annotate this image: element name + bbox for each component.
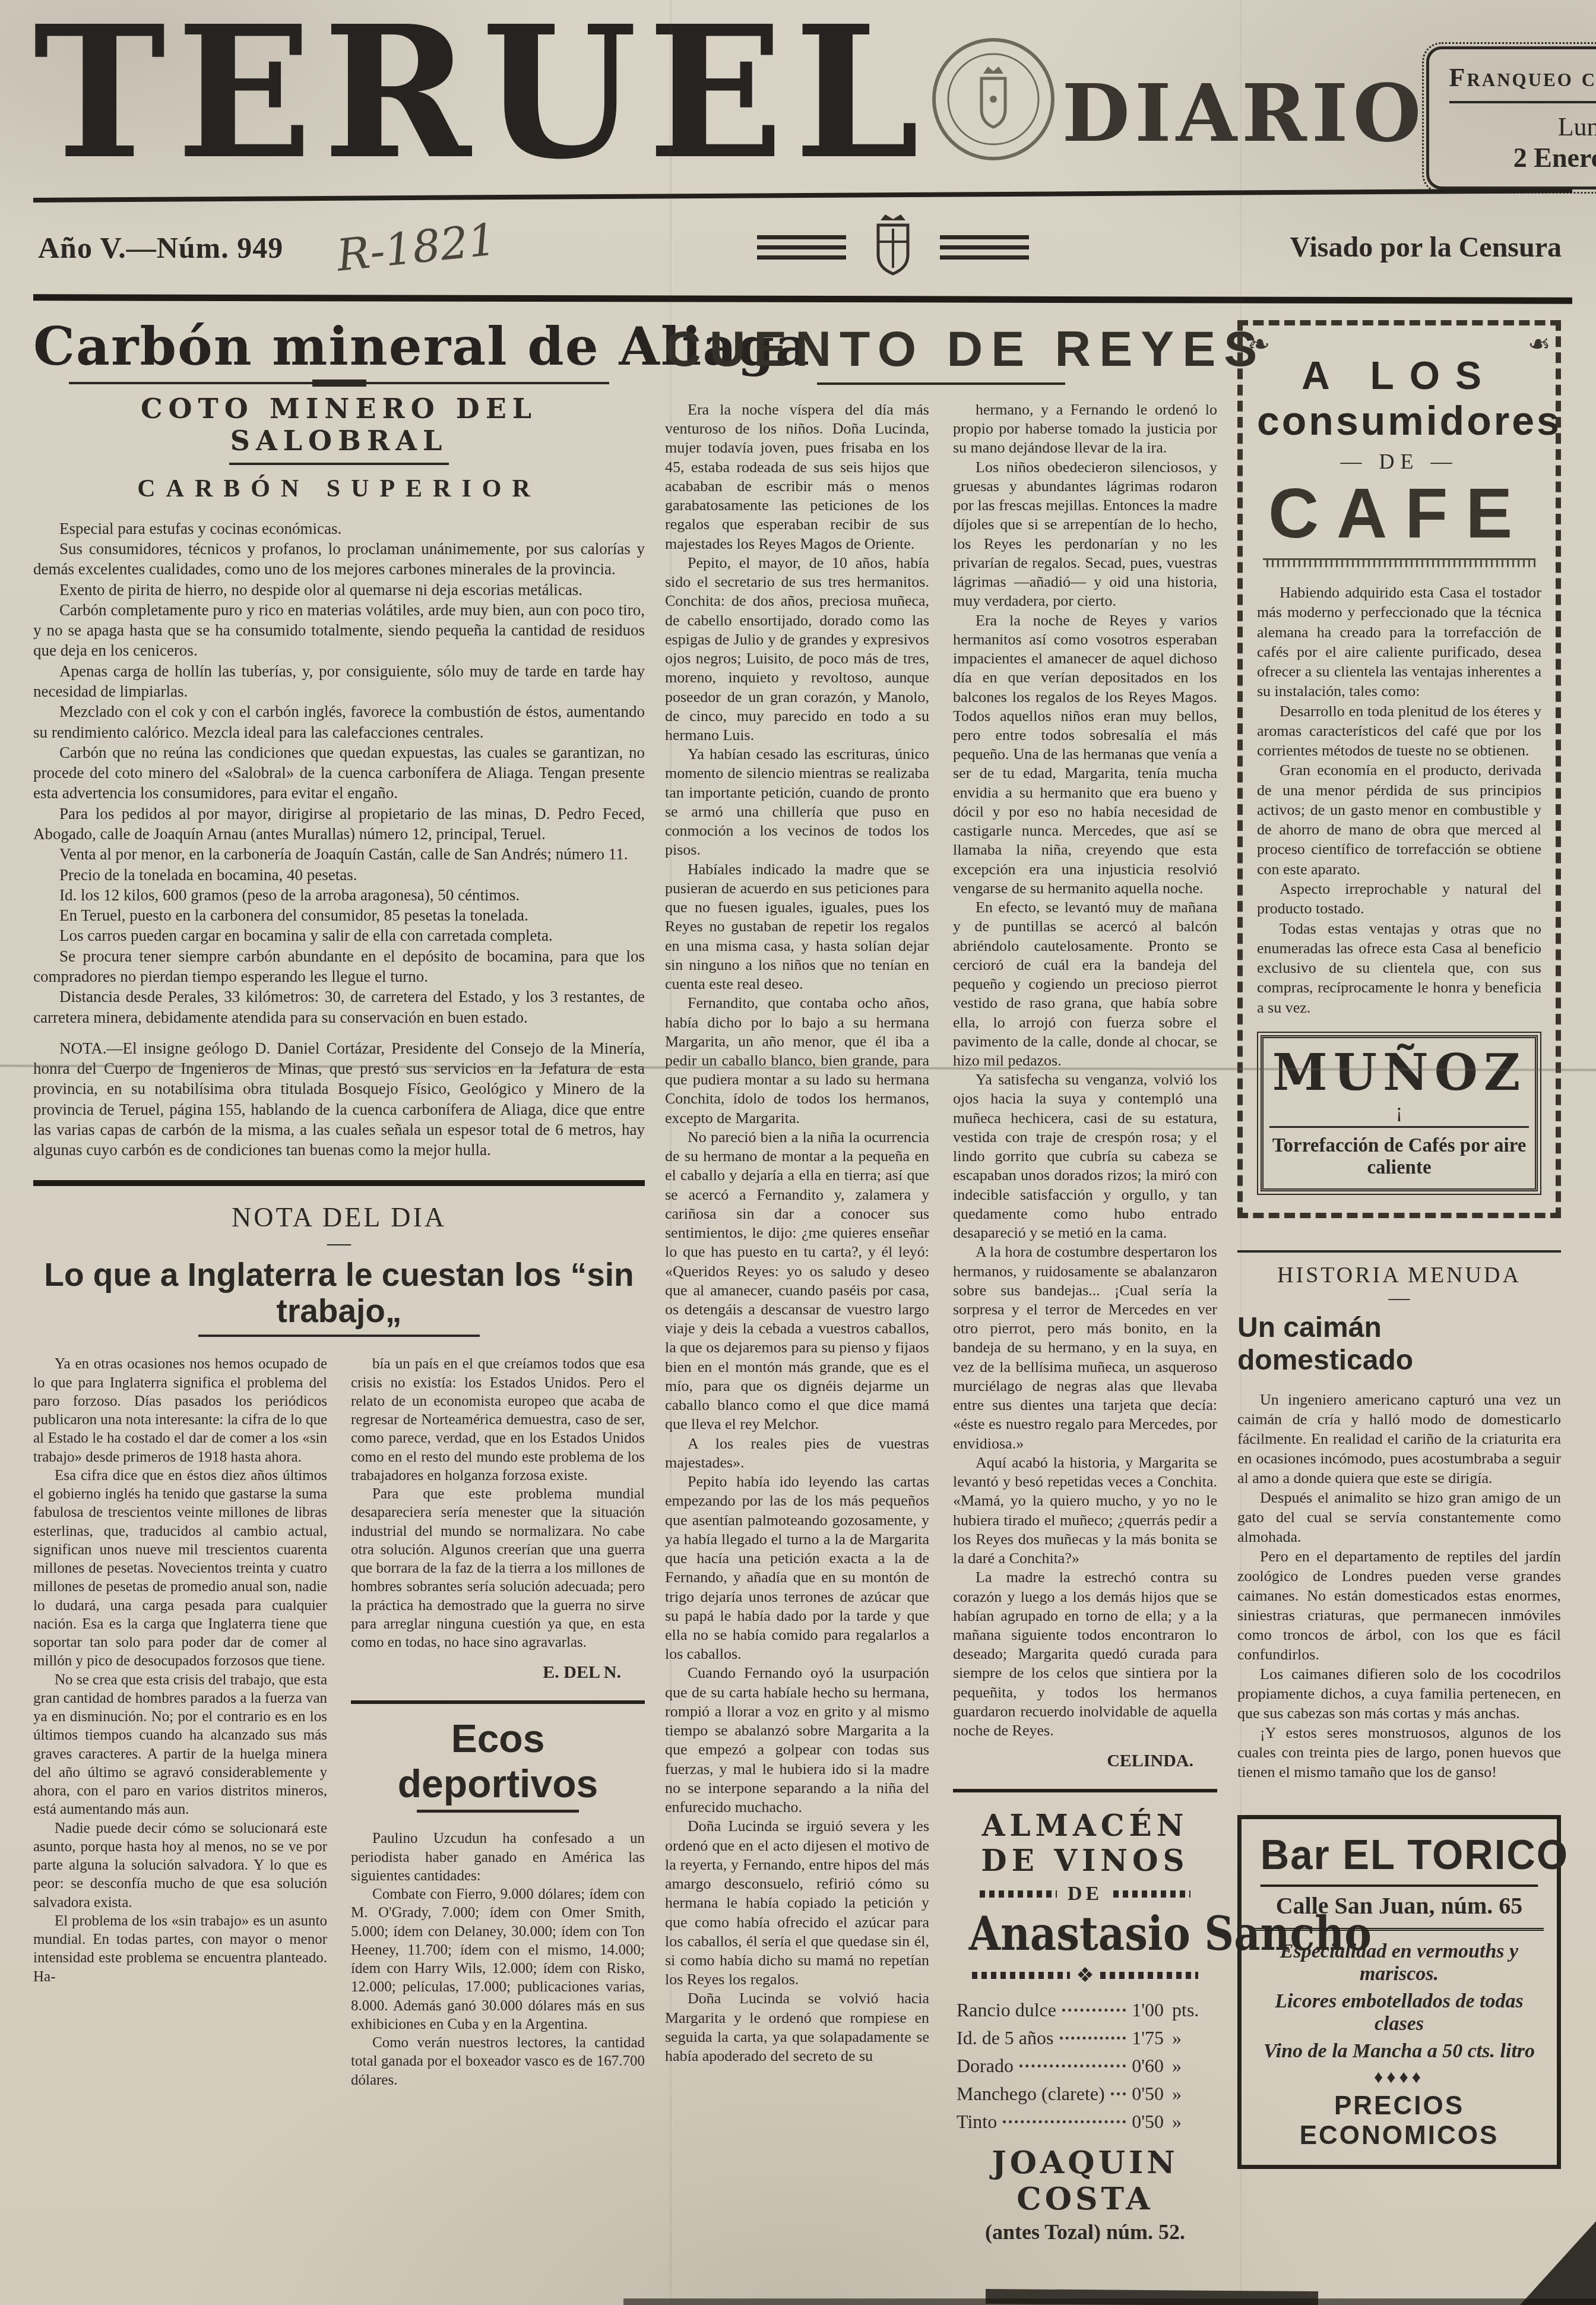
paragraph: Los caimanes difieren solo de los cocodr…	[1237, 1664, 1561, 1723]
paragraph: Era la noche de Reyes y varios hermanito…	[953, 611, 1217, 899]
paragraph: El problema de los «sin trabajo» es un a…	[33, 1912, 327, 1986]
paragraph: Después el animalito se hizo gran amigo …	[1237, 1488, 1561, 1547]
franqueo-stamp: Franqueo concertado Lunes 2 Enero 1928	[1426, 46, 1596, 189]
ad-street-detail: (antes Tozal) núm. 52.	[953, 2219, 1217, 2244]
nota-column-2: bía un país en el que creíamos todos que…	[351, 1355, 645, 2089]
ad-de-label: DE	[1068, 1883, 1103, 1905]
paragraph: Exento de pirita de hierro, no despide o…	[33, 580, 645, 600]
article-title: CUENTO DE REYES	[665, 320, 1217, 378]
paragraph: Habíales indicado la madre que se pusier…	[665, 860, 929, 994]
price-value: 0'50	[1132, 2111, 1164, 2133]
paragraph: Los carros pueden cargar en bocamina y s…	[33, 925, 645, 946]
price-unit: »	[1172, 2111, 1214, 2133]
library-seal-icon	[931, 19, 1056, 182]
triple-rule-icon	[757, 235, 846, 260]
ad-heading: ALMACÉN DE VINOS	[953, 1808, 1217, 1878]
section-divider	[33, 1180, 645, 1186]
corner-ornament-icon: ❧	[1528, 328, 1551, 360]
middle-column: CUENTO DE REYES Era la noche víspera del…	[665, 320, 1217, 2244]
paragraph: Mezclado con el cok y con el carbón ingl…	[33, 701, 645, 742]
article-cuento-de-reyes: CUENTO DE REYES Era la noche víspera del…	[665, 320, 1217, 2244]
rule	[1237, 1250, 1561, 1253]
price-label: Id. de 5 años	[957, 2027, 1054, 2049]
paragraph: Doña Lucinda se irguió severa y les orde…	[665, 1817, 929, 1989]
ad-title-line: CAFE	[1257, 479, 1541, 549]
dash-ornament: —	[1237, 1289, 1561, 1307]
paragraph: Sus consumidores, técnicos y profanos, l…	[33, 539, 645, 580]
paragraph: Carbón que no reúna las condiciones que …	[33, 742, 645, 804]
paragraph: Habiendo adquirido esta Casa el tostador…	[1257, 583, 1541, 701]
article-title: Carbón mineral de Aliaga	[33, 320, 645, 374]
paragraph: En Teruel, puesto en la carbonera del co…	[33, 905, 645, 925]
diamond-ornament-icon: ❖	[1076, 1963, 1094, 1987]
cuento-column-2: hermano, y a Fernando le ordenó lo propi…	[953, 400, 1217, 2244]
right-column: ❧ ❧ A LOS consumidores — DE — CAFE Habie…	[1237, 320, 1561, 2169]
paragraph: Apenas carga de hollín las tuberías, y, …	[33, 661, 645, 702]
paragraph: Paulino Uzcudun ha confesado a un period…	[351, 1829, 645, 1885]
price-value: 0'60	[1132, 2055, 1164, 2077]
dash-ornament	[1100, 1972, 1198, 1979]
paragraph: Todas estas ventajas y otras que no enum…	[1257, 919, 1541, 1017]
dash-ornament	[1113, 1890, 1190, 1898]
paragraph: Se procura tener siempre carbón abundant…	[33, 946, 645, 987]
ad-title-line: consumidores	[1257, 398, 1541, 444]
rule	[69, 382, 609, 384]
article-grade: CARBÓN SUPERIOR	[33, 475, 645, 503]
ad-line: Vino de la Mancha a 50 cts. litro	[1255, 2040, 1544, 2063]
paragraph: A los reales pies de vuestras majestades…	[665, 1434, 929, 1472]
paragraph: Id. los 12 kilos, 600 gramos (peso de la…	[33, 885, 645, 905]
paper-crease	[1240, 0, 1242, 2305]
paragraph: Para los pedidos al por mayor, dirigirse…	[33, 804, 645, 845]
merchant-name: MUÑOZ	[1269, 1048, 1529, 1098]
crest-icon	[866, 213, 920, 282]
page-stain	[623, 2298, 1596, 2305]
article-historia-menuda: HISTORIA MENUDA — Un caimán domesticado …	[1237, 1250, 1561, 1782]
dash-ornament	[980, 1890, 1057, 1898]
paragraph: Ya en otras ocasiones nos hemos ocupado …	[33, 1355, 327, 1466]
rule	[229, 463, 449, 465]
price-label: Manchego (clarete)	[957, 2083, 1105, 2105]
article-nota-del-dia: NOTA DEL DIA — Lo que a Inglaterra le cu…	[33, 1201, 645, 2089]
newspaper-subtitle: DIARIO	[1062, 68, 1426, 160]
ad-bar-el-torico: Bar EL TORICO Calle San Juan, núm. 65 Es…	[1237, 1815, 1561, 2169]
corner-ornament-icon: ❧	[1247, 328, 1271, 360]
triple-rule-icon	[940, 235, 1029, 260]
paragraph: Fernandito, que contaba ocho años, había…	[665, 994, 929, 1128]
dotted-leader	[1062, 2008, 1126, 2012]
paragraph: Cuando Fernando oyó la usurpación que de…	[665, 1664, 929, 1817]
merchant-name: Bar EL TORICO	[1261, 1831, 1538, 1887]
paragraph: En efecto, se levantó muy de mañana y de…	[953, 898, 1217, 1070]
price-unit: »	[1172, 2083, 1214, 2105]
dotted-leader	[1111, 2092, 1126, 2095]
paragraph: Era la noche víspera del día más venturo…	[665, 400, 929, 554]
ad-title-line: — DE —	[1257, 449, 1541, 474]
wavy-rule	[1263, 558, 1535, 567]
paragraph: Pepito había ido leyendo las cartas empe…	[665, 1472, 929, 1664]
paragraph: Especial para estufas y cocinas económic…	[33, 518, 645, 539]
paragraph: Los niños obedecieron silenciosos, y gru…	[953, 458, 1217, 611]
rule	[817, 382, 1066, 385]
ad-line: Licores embotellados de todas clases	[1255, 1990, 1544, 2035]
header-rule	[33, 294, 1572, 303]
price-unit: »	[1172, 2055, 1214, 2077]
nota-column-1: Ya en otras ocasiones nos hemos ocupado …	[33, 1355, 327, 2089]
dotted-leader	[1003, 2120, 1126, 2123]
ad-street: JOAQUIN COSTA	[953, 2145, 1217, 2217]
ad-tagline: Torrefacción de Cafés por aire caliente	[1269, 1126, 1529, 1179]
price-row: Tinto 0'50 »	[957, 2111, 1214, 2133]
franqueo-label: Franqueo concertado	[1449, 62, 1596, 103]
franqueo-day: Lunes	[1449, 112, 1596, 142]
issue-number: Año V.—Núm. 949	[38, 230, 283, 265]
dotted-leader	[1019, 2064, 1126, 2067]
article-title: Ecos deportivos	[351, 1716, 645, 1806]
price-row: Dorado 0'60 »	[957, 2055, 1214, 2077]
price-value: 1'75	[1132, 2027, 1164, 2049]
article-subtitle: COTO MINERO DEL SALOBRAL	[33, 393, 645, 457]
article-title: Lo que a Inglaterra le cuestan los “sin …	[33, 1257, 645, 1329]
paragraph: Desarrollo en toda plenitud de los étere…	[1257, 701, 1541, 761]
masthead: TERUEL DIARIO Franqueo concertado Lunes …	[33, 11, 1572, 302]
price-row: Manchego (clarete) 0'50 »	[957, 2083, 1214, 2105]
paragraph: A la hora de costumbre despertaron los h…	[953, 1242, 1217, 1453]
article-title: Un caimán domesticado	[1237, 1311, 1561, 1377]
price-label: Tinto	[957, 2111, 997, 2133]
paragraph: Doña Lucinda se volvió hacia Margarita y…	[665, 1989, 929, 2066]
merchant-name: Anastasio Sancho	[969, 1911, 1202, 1958]
price-value: 1'00	[1132, 1999, 1164, 2021]
paragraph: Esa cifra dice que en éstos diez años úl…	[33, 1466, 327, 1671]
article-carbon-mineral: Carbón mineral de Aliaga COTO MINERO DEL…	[33, 320, 645, 1160]
rule	[417, 1810, 578, 1813]
price-row: Id. de 5 años 1'75 »	[957, 2027, 1214, 2049]
paragraph-nota: NOTA.—El insigne geólogo D. Daniel Cortá…	[33, 1038, 645, 1161]
price-label: Rancio dulce	[957, 1999, 1056, 2021]
paragraph: Pero en el departamento de reptiles del …	[1237, 1547, 1561, 1664]
paragraph: La madre la estrechó contra su corazón y…	[953, 1568, 1217, 1740]
paragraph: Ya habían cesado las escrituras, único m…	[665, 745, 929, 859]
ad-footer: PRECIOS ECONOMICOS	[1255, 2091, 1544, 2151]
newspaper-title: TERUEL	[33, 9, 930, 176]
ad-title-line: A LOS	[1257, 353, 1541, 398]
author-signature: CELINDA.	[953, 1751, 1193, 1771]
newspaper-page: TERUEL DIARIO Franqueo concertado Lunes …	[0, 0, 1596, 2244]
censor-notice: Visado por la Censura	[1290, 231, 1562, 264]
ad-cafe: ❧ ❧ A LOS consumidores — DE — CAFE Habie…	[1237, 320, 1561, 1218]
paragraph: Nadie puede decir cómo se solucionará es…	[33, 1819, 327, 1912]
diamond-ornament-icon: ♦♦♦♦	[1255, 2067, 1544, 2088]
section-kicker: HISTORIA MENUDA	[1237, 1262, 1561, 1288]
paper-crease	[670, 0, 672, 2305]
paragraph: Pepito, el mayor, de 10 años, había sido…	[665, 554, 929, 745]
price-label: Dorado	[957, 2055, 1014, 2077]
ornament: ¡	[1269, 1101, 1529, 1121]
ad-munoz: MUÑOZ ¡ Torrefacción de Cafés por aire c…	[1261, 1035, 1538, 1191]
paragraph: Para que este problema mundial desaparec…	[351, 1485, 645, 1652]
handwritten-registry: R-1821	[334, 214, 499, 282]
rule	[198, 1335, 480, 1337]
dotted-leader	[1060, 2036, 1126, 2040]
ad-address: Calle San Juan, núm. 65	[1255, 1892, 1544, 1931]
left-column: Carbón mineral de Aliaga COTO MINERO DEL…	[33, 320, 645, 2089]
paragraph: Como verán nuestros lectores, la cantida…	[351, 2034, 645, 2089]
paragraph: Combate con Fierro, 9.000 dólares; ídem …	[351, 1885, 645, 2034]
dash-ornament: —	[33, 1234, 645, 1251]
paragraph: Venta al por menor, en la carbonería de …	[33, 844, 645, 864]
dash-ornament	[972, 1972, 1070, 1979]
franqueo-date: 2 Enero 1928	[1449, 142, 1596, 173]
paragraph: No pareció bien a la niña la ocurrencia …	[665, 1128, 929, 1434]
paragraph: Precio de la tonelada en bocamina, 40 pe…	[33, 865, 645, 885]
price-row: Rancio dulce 1'00 pts.	[957, 1999, 1214, 2021]
price-unit: pts.	[1172, 1999, 1214, 2021]
price-unit: »	[1172, 2027, 1214, 2049]
paragraph: Carbón completamente puro y rico en mate…	[33, 600, 645, 661]
cuento-column-1: Era la noche víspera del día más venturo…	[665, 400, 929, 2244]
paragraph: No se crea que esta crisis del trabajo, …	[33, 1671, 327, 1819]
paragraph: Gran economía en el producto, derivada d…	[1257, 760, 1541, 879]
ad-almacen-vinos: ALMACÉN DE VINOS DE Anastasio Sancho ❖	[953, 1808, 1217, 2244]
paragraph: Ya satisfecha su venganza, volvió los oj…	[953, 1070, 1217, 1242]
paragraph: bía un país en el que creíamos todos que…	[351, 1355, 645, 1485]
paragraph: hermano, y a Fernando le ordenó lo propi…	[953, 400, 1217, 458]
price-value: 0'50	[1132, 2083, 1164, 2105]
paragraph: Un ingeniero americano capturó una vez u…	[1237, 1390, 1561, 1488]
author-signature: E. DEL N.	[351, 1662, 621, 1683]
ad-line: Especialidad en vermouths y mariscos.	[1255, 1940, 1544, 1985]
section-divider	[351, 1700, 645, 1704]
paragraph: ¡Y estos seres monstruosos, algunos de l…	[1237, 1723, 1561, 1782]
paragraph: Aquí acabó la historia, y Margarita se l…	[953, 1453, 1217, 1568]
paragraph: Distancia desde Perales, 33 kilómetros: …	[33, 986, 645, 1027]
section-divider	[953, 1789, 1217, 1792]
paragraph: Aspecto irreprochable y natural del prod…	[1257, 879, 1541, 919]
